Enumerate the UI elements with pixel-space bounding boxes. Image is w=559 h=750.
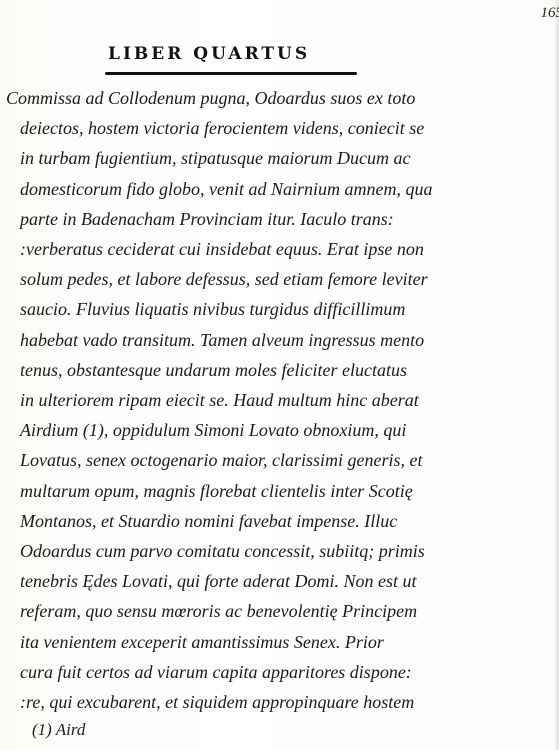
text-line: Commissa ad Collodenum pugna, Odoardus s… <box>6 83 496 113</box>
text-line: deiectos, hostem victoria ferocientem vi… <box>6 113 496 143</box>
title-underline <box>105 72 357 75</box>
footnote: (1) Aird <box>32 720 85 740</box>
text-line: tenebris Ędes Lovati, qui forte aderat D… <box>6 566 496 596</box>
text-line: Odoardus cum parvo comitatu concessit, s… <box>6 536 496 566</box>
page-edge <box>555 0 559 750</box>
text-line: :re, qui excubarent, et siquidem appropi… <box>6 687 496 717</box>
chapter-title: LIBER QUARTUS <box>108 44 310 64</box>
text-line: domesticorum fido globo, venit ad Nairni… <box>6 174 496 204</box>
text-line: parte in Badenacham Provinciam itur. Iac… <box>6 204 496 234</box>
text-line: in ulteriorem ripam eiecit se. Haud mult… <box>6 385 496 415</box>
text-line: Montanos, et Stuardio nomini favebat imp… <box>6 506 496 536</box>
text-line: referam, quo sensu mœroris ac benevolent… <box>6 596 496 626</box>
text-line: cura fuit certos ad viarum capita appari… <box>6 657 496 687</box>
page-number: 165 <box>541 5 559 22</box>
text-line: habebat vado transitum. Tamen alveum ing… <box>6 325 496 355</box>
text-line: tenus, obstantesque undarum moles felici… <box>6 355 496 385</box>
text-line: Airdium (1), oppidulum Simoni Lovato obn… <box>6 415 496 445</box>
text-line: solum pedes, et labore defessus, sed eti… <box>6 264 496 294</box>
text-line: :verberatus ceciderat cui insidebat equu… <box>6 234 496 264</box>
text-line: saucio. Fluvius liquatis nivibus turgidu… <box>6 294 496 324</box>
text-line: ita venientem exceperit amantissimus Sen… <box>6 627 496 657</box>
manuscript-page: 165 LIBER QUARTUS Commissa ad Collodenum… <box>0 0 559 750</box>
text-line: in turbam fugientium, stipatusque maioru… <box>6 143 496 173</box>
manuscript-body: Commissa ad Collodenum pugna, Odoardus s… <box>6 83 496 717</box>
text-line: multarum opum, magnis florebat clienteli… <box>6 476 496 506</box>
text-line: Lovatus, senex octogenario maior, claris… <box>6 445 496 475</box>
